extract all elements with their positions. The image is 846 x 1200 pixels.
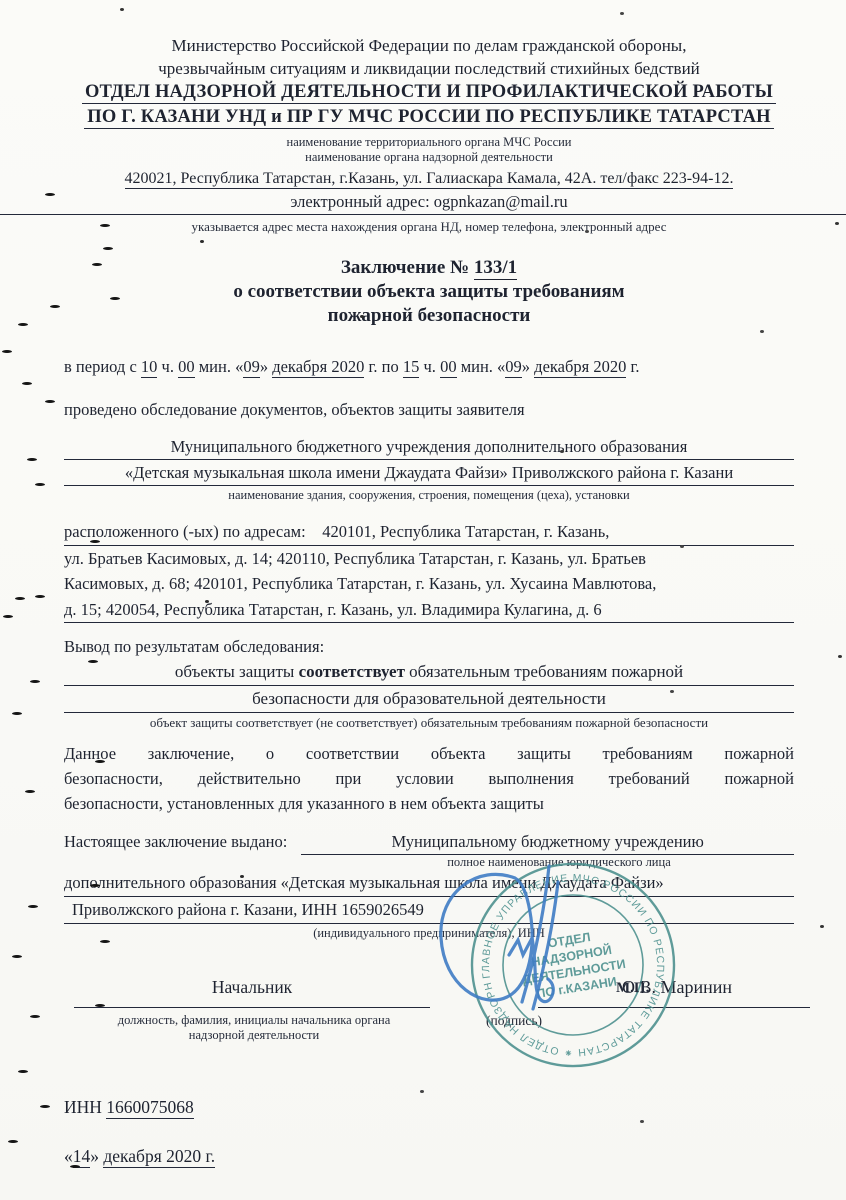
address-line: расположенного (-ых) по адресам: 420101,…	[64, 519, 794, 546]
signer-name: О.В. Маринин	[544, 977, 810, 998]
caption-address-note: указывается адрес места нахождения орган…	[64, 219, 794, 234]
issue-date-line: «14» декабря 2020 г.	[64, 1144, 794, 1168]
period-month-from: декабря 2020	[272, 357, 364, 378]
stamp-place-marker: М.П.	[616, 980, 649, 997]
ministry-name-line1: Министерство Российской Федерации по дел…	[64, 34, 794, 57]
inn-line: ИНН 1660075068	[64, 1095, 794, 1119]
conclusion-result-line2: безопасности для образовательной деятель…	[64, 686, 794, 713]
title-line3: пожарной безопасности	[64, 304, 794, 328]
issue-date-day: 14	[73, 1146, 91, 1168]
name-signature-line	[538, 1007, 810, 1008]
period-hour-from: 10	[141, 357, 158, 378]
conclusion-result-line1: объекты защиты соответствует обязательны…	[64, 659, 794, 686]
object-name-line1: Муниципального бюджетного учреждения доп…	[64, 434, 794, 460]
period-hour-to: 15	[403, 357, 420, 378]
document-title: Заключение № 133/1 о соответствии объект…	[64, 256, 794, 328]
validity-line3: безопасности, установленных для указанно…	[64, 791, 794, 816]
issued-to-row: Настоящее заключение выдано: Муниципальн…	[64, 830, 794, 855]
title-line2: о соответствии объекта защиты требования…	[64, 280, 794, 304]
caption-territorial-org: наименование территориального органа МЧС…	[64, 135, 794, 150]
validity-line2: безопасности, действительно при условии …	[64, 766, 794, 791]
address-line: д. 15; 420054, Республика Татарстан, г. …	[64, 597, 794, 624]
org-email-line: электронный адрес: ogpnkazan@mail.ru	[64, 192, 794, 212]
issued-to-value-line3: Приволжского района г. Казани, ИНН 16590…	[64, 897, 794, 924]
issue-date-rest: декабря 2020 г.	[103, 1146, 215, 1168]
period-month-to: декабря 2020	[534, 357, 626, 378]
issued-to-value-line1: Муниципальному бюджетному учреждению	[301, 830, 794, 855]
inspection-period-line: в период с 10 ч. 00 мин. «09» декабря 20…	[64, 356, 794, 378]
period-day-from: 09	[243, 357, 260, 378]
header-divider-rule	[0, 214, 846, 215]
position-signature-line	[74, 1007, 430, 1008]
scan-noise-dots	[0, 0, 4, 3]
validity-line1: Данное заключение, о соответствии объект…	[64, 741, 794, 766]
conclusion-label: Вывод по результатам обследования:	[64, 635, 794, 659]
department-name-line1: ОТДЕЛ НАДЗОРНОЙ ДЕЯТЕЛЬНОСТИ И ПРОФИЛАКТ…	[64, 80, 794, 105]
period-min-from: 00	[178, 357, 195, 378]
document-number: 133/1	[474, 257, 517, 280]
scanned-document-page: Министерство Российской Федерации по дел…	[0, 0, 846, 1200]
department-name-line2: ПО Г. КАЗАНИ УНД и ПР ГУ МЧС РОССИИ ПО Р…	[64, 105, 794, 130]
org-address-line: 420021, Республика Татарстан, г.Казань, …	[64, 169, 794, 189]
caption-legal-entity: полное наименование юридического лица	[64, 855, 794, 870]
caption-supervision-org: наименование органа надзорной деятельнос…	[64, 150, 794, 165]
address-line: Касимовых, д. 68; 420101, Республика Тат…	[64, 571, 794, 597]
ministry-name-line2: чрезвычайным ситуациям и ликвидации посл…	[64, 57, 794, 80]
signature-field-label: (подпись)	[486, 1013, 542, 1029]
validity-paragraph: Данное заключение, о соответствии объект…	[64, 741, 794, 816]
caption-object-name: наименование здания, сооружения, строени…	[64, 488, 794, 503]
caption-position: должность, фамилия, инициалы начальника …	[64, 1013, 444, 1043]
signer-position: Начальник	[74, 977, 430, 998]
protected-object-block: Муниципального бюджетного учреждения доп…	[64, 434, 794, 503]
caption-conclusion-note: объект защиты соответствует (не соответс…	[64, 715, 794, 730]
period-day-to: 09	[505, 357, 522, 378]
issued-to-label: Настоящее заключение выдано:	[64, 830, 301, 855]
object-addresses-block: расположенного (-ых) по адресам: 420101,…	[64, 519, 794, 623]
period-min-to: 00	[440, 357, 457, 378]
survey-statement-line: проведено обследование документов, объек…	[64, 399, 794, 421]
object-name-line2: «Детская музыкальная школа имени Джаудат…	[64, 460, 794, 486]
inn-value: 1660075068	[106, 1097, 194, 1119]
address-line: ул. Братьев Касимовых, д. 14; 420110, Ре…	[64, 546, 794, 572]
document-content: Министерство Российской Федерации по дел…	[64, 34, 794, 1168]
caption-individual-inn: (индивидуального предпринимателя), ИНН	[64, 926, 794, 941]
conclusion-verdict: соответствует	[299, 662, 405, 681]
issued-to-value-line2: дополнительного образования «Детская муз…	[64, 870, 794, 897]
title-line1: Заключение № 133/1	[64, 256, 794, 280]
signature-block: Начальник должность, фамилия, инициалы н…	[64, 955, 794, 1077]
